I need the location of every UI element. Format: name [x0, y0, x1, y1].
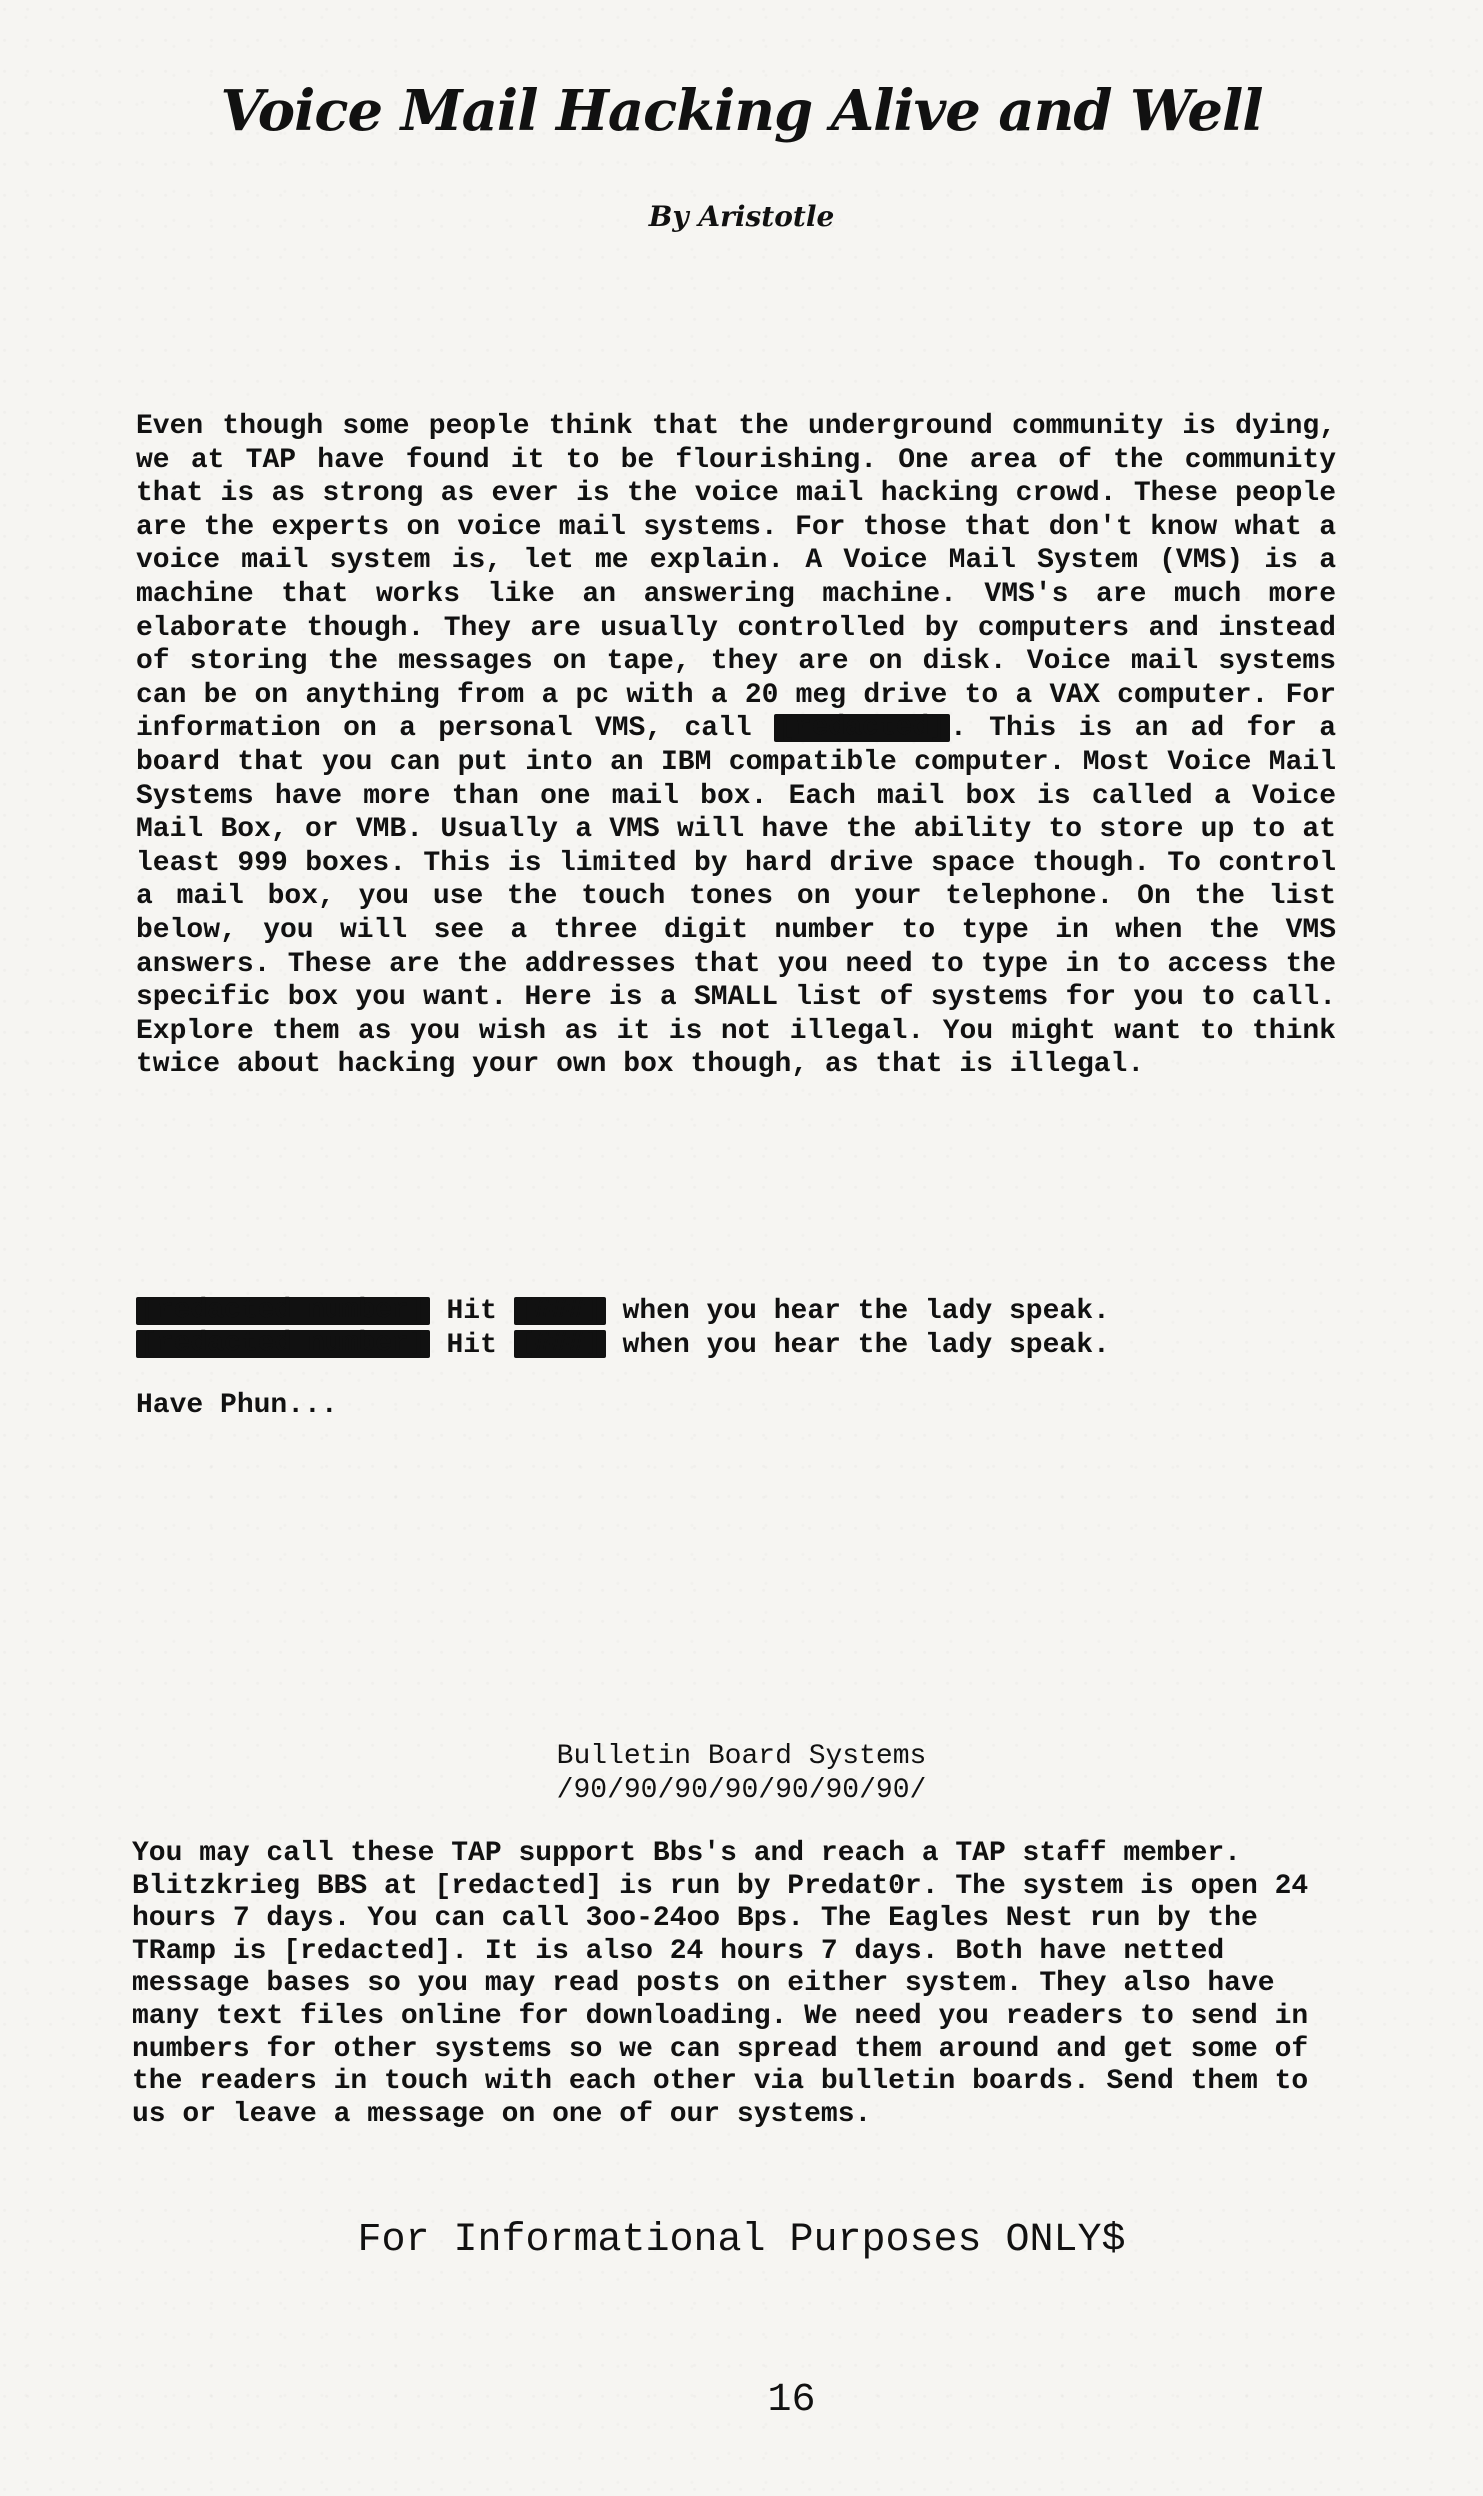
redacted-phone-number: [redacted number]	[136, 1297, 430, 1325]
article-body-part-2: . This is an ad for a board that you can…	[136, 713, 1336, 1080]
article-signoff: Have Phun...	[136, 1390, 338, 1421]
article-byline: By Aristotle	[0, 200, 1483, 233]
article-body: Even though some people think that the u…	[136, 410, 1336, 1082]
article-title: Voice Mail Hacking Alive and Well	[0, 78, 1483, 144]
listing-instruction: when you hear the lady speak.	[623, 1330, 1110, 1361]
disclaimer: For Informational Purposes ONLY$	[0, 2218, 1483, 2263]
bbs-section-heading: Bulletin Board Systems /90/90/90/90/90/9…	[0, 1740, 1483, 1808]
article-body-part-1: Even though some people think that the u…	[136, 411, 1336, 744]
bbs-heading-title: Bulletin Board Systems	[0, 1740, 1483, 1774]
bbs-heading-divider: /90/90/90/90/90/90/90/	[0, 1774, 1483, 1808]
scanned-page: Voice Mail Hacking Alive and Well By Ari…	[0, 0, 1483, 2496]
redacted-phone-number: [redacted number]	[136, 1330, 430, 1358]
system-listing: [redacted number] Hit [###] when you hea…	[136, 1295, 1336, 1362]
bbs-section-body: You may call these TAP support Bbs's and…	[132, 1838, 1322, 2131]
listing-instruction: when you hear the lady speak.	[623, 1296, 1110, 1327]
redacted-board-ad-number: [redacted]	[774, 714, 950, 742]
listing-verb: Hit	[446, 1296, 496, 1327]
redacted-box-code: [###]	[514, 1297, 606, 1325]
listing-row: [redacted number] Hit [###] when you hea…	[136, 1329, 1336, 1363]
page-number: 16	[0, 2378, 1483, 2423]
redacted-box-code: [###]	[514, 1330, 606, 1358]
listing-row: [redacted number] Hit [###] when you hea…	[136, 1295, 1336, 1329]
listing-verb: Hit	[446, 1330, 496, 1361]
